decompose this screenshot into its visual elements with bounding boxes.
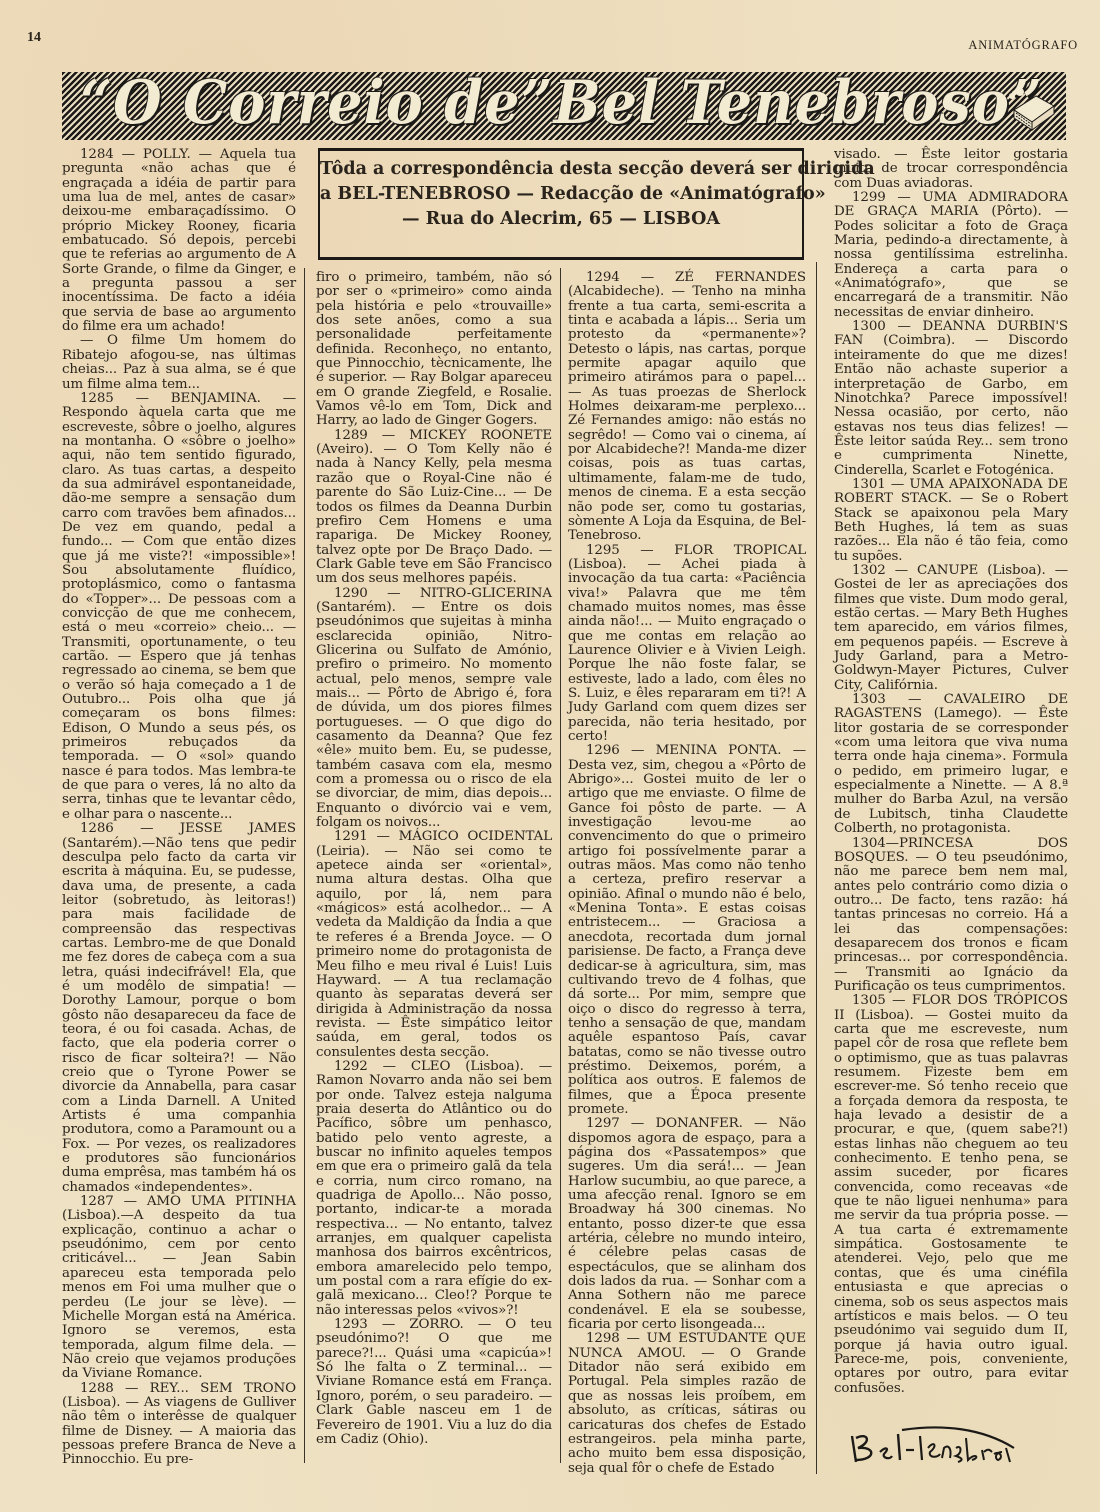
handwritten-signature-icon — [842, 1418, 1022, 1468]
letter-entry: 1299 — UMA ADMIRADORA DE GRAÇA MARIA (Pô… — [834, 191, 1068, 320]
correspondence-notice: Tôda a correspondência desta secção deve… — [318, 148, 804, 260]
letter-entry: 1285 — BENJAMINA. — Respondo àquela cart… — [62, 392, 296, 822]
notice-line-3: — Rua do Alecrim, 65 — LISBOA — [320, 207, 802, 232]
letter-entry: 1289 — MICKEY ROONETE (Aveiro). — O Tom … — [316, 429, 552, 587]
letter-entry: — O filme Um homem do Ribatejo afogou-se… — [62, 334, 296, 391]
letter-entry: 1290 — NITRO-GLICERINA (Santarém). — Ent… — [316, 587, 552, 831]
letter-entry: 1297 — DONANFER. — Não dispomos agora de… — [568, 1117, 806, 1332]
magazine-name: ANIMATÓGRAFO — [968, 38, 1078, 53]
letter-entry: 1286 — JESSE JAMES (Santarém).—Não tens … — [62, 822, 296, 1195]
letter-entry: 1302 — CANUPE (Lisboa). — Gostei de ler … — [834, 564, 1068, 693]
notice-line-2: a BEL-TENEBROSO — Redacção de «Animatógr… — [320, 182, 802, 207]
letter-entry: 1295 — FLOR TROPICAL (Lisboa). — Achei p… — [568, 544, 806, 745]
banner-title: “O Correio de”Bel Tenebroso” — [80, 72, 1043, 138]
column-1: 1284 — POLLY. — Aquela tua pregunta «não… — [62, 148, 296, 1468]
page-number: 14 — [27, 30, 41, 46]
notice-line-1: Tôda a correspondência desta secção deve… — [320, 157, 802, 182]
column-2: firo o primeiro, também, não só por ser … — [316, 271, 552, 1447]
section-banner: “O Correio de”Bel Tenebroso” — [62, 72, 1066, 140]
letter-entry: 1293 — ZORRO. — O teu pseudónimo?! O que… — [316, 1318, 552, 1447]
letter-entry: 1304—PRINCESA DOS BOSQUES. — O teu pseud… — [834, 837, 1068, 995]
letter-entry: 1296 — MENINA PONTA. — Desta vez, sim, c… — [568, 744, 806, 1117]
column-divider — [560, 268, 561, 1463]
letter-entry: 1301 — UMA APAIXONADA DE ROBERT STACK. —… — [834, 478, 1068, 564]
letter-entry: 1291 — MÁGICO OCIDENTAL (Leiria). — Não … — [316, 830, 552, 1060]
letter-entry: 1300 — DEANNA DURBIN'S FAN (Coimbra). — … — [834, 320, 1068, 478]
column-divider — [304, 268, 305, 1463]
letter-entry: 1284 — POLLY. — Aquela tua pregunta «não… — [62, 148, 296, 334]
letter-entry: 1294 — ZÉ FERNANDES (Alcabideche). — Ten… — [568, 271, 806, 544]
stacked-papers-icon — [1006, 82, 1058, 134]
letter-continuation: visado. — Êste leitor gostaria muito de … — [834, 148, 1068, 191]
column-divider — [816, 262, 817, 1474]
letter-entry: 1298 — UM ESTUDANTE QUE NUNCA AMOU. — O … — [568, 1332, 806, 1475]
letter-entry: 1288 — REY... SEM TRONO (Lisboa). — As v… — [62, 1382, 296, 1468]
letter-entry: 1305 — FLOR DOS TRÓPICOS II (Lisboa). — … — [834, 994, 1068, 1396]
letter-continuation: firo o primeiro, também, não só por ser … — [316, 271, 552, 429]
letter-entry: 1303 — CAVALEIRO DE RAGASTENS (Lamego). … — [834, 693, 1068, 836]
column-3: 1294 — ZÉ FERNANDES (Alcabideche). — Ten… — [568, 271, 806, 1476]
letter-entry: 1287 — AMO UMA PITINHA (Lisboa).—A despe… — [62, 1195, 296, 1381]
column-4: visado. — Êste leitor gostaria muito de … — [834, 148, 1068, 1396]
letter-entry: 1292 — CLEO (Lisboa). — Ramon Novarro an… — [316, 1060, 552, 1318]
